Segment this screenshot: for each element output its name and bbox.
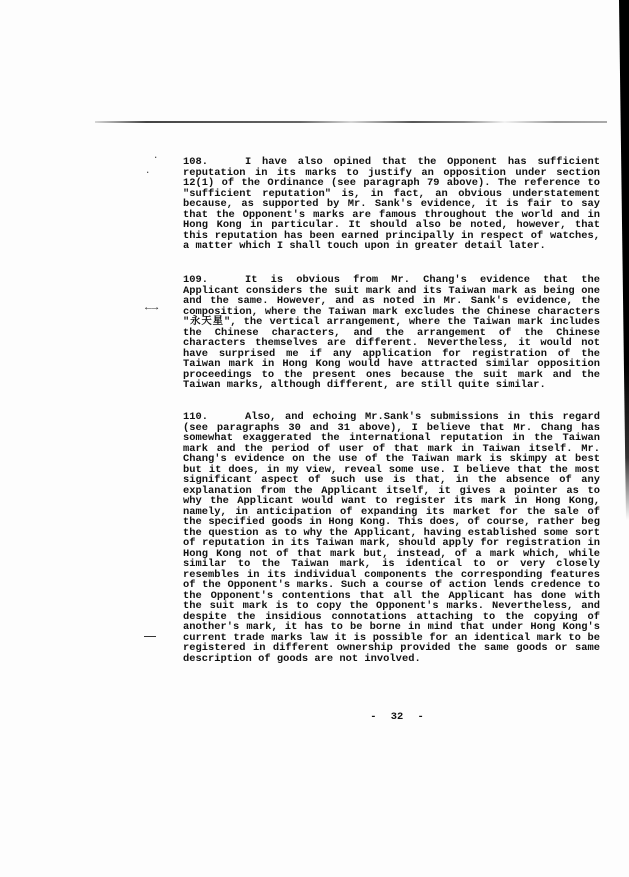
margin-dot-mark: ·: [145, 168, 150, 178]
margin-dot-mark: ·: [153, 153, 158, 163]
paragraph-110: 110.Also, and echoing Mr.Sank's submissi…: [183, 412, 600, 664]
scan-edge-shadow: [619, 0, 629, 520]
paragraph-text: I have also opined that the Opponent has…: [183, 156, 600, 252]
paragraph-text: Also, and echoing Mr.Sank's submissions …: [183, 411, 600, 665]
paragraph-109: 109.It is obvious from Mr. Chang's evide…: [183, 275, 600, 391]
margin-arrow-icon: ←→: [145, 302, 158, 314]
paragraph-108: 108.I have also opined that the Opponent…: [183, 157, 600, 252]
margin-dash-mark: [144, 636, 156, 637]
paragraph-text: It is obvious from Mr. Chang's evidence …: [183, 274, 600, 391]
page-number: - 32 -: [362, 711, 432, 723]
header-rule: [95, 121, 607, 123]
